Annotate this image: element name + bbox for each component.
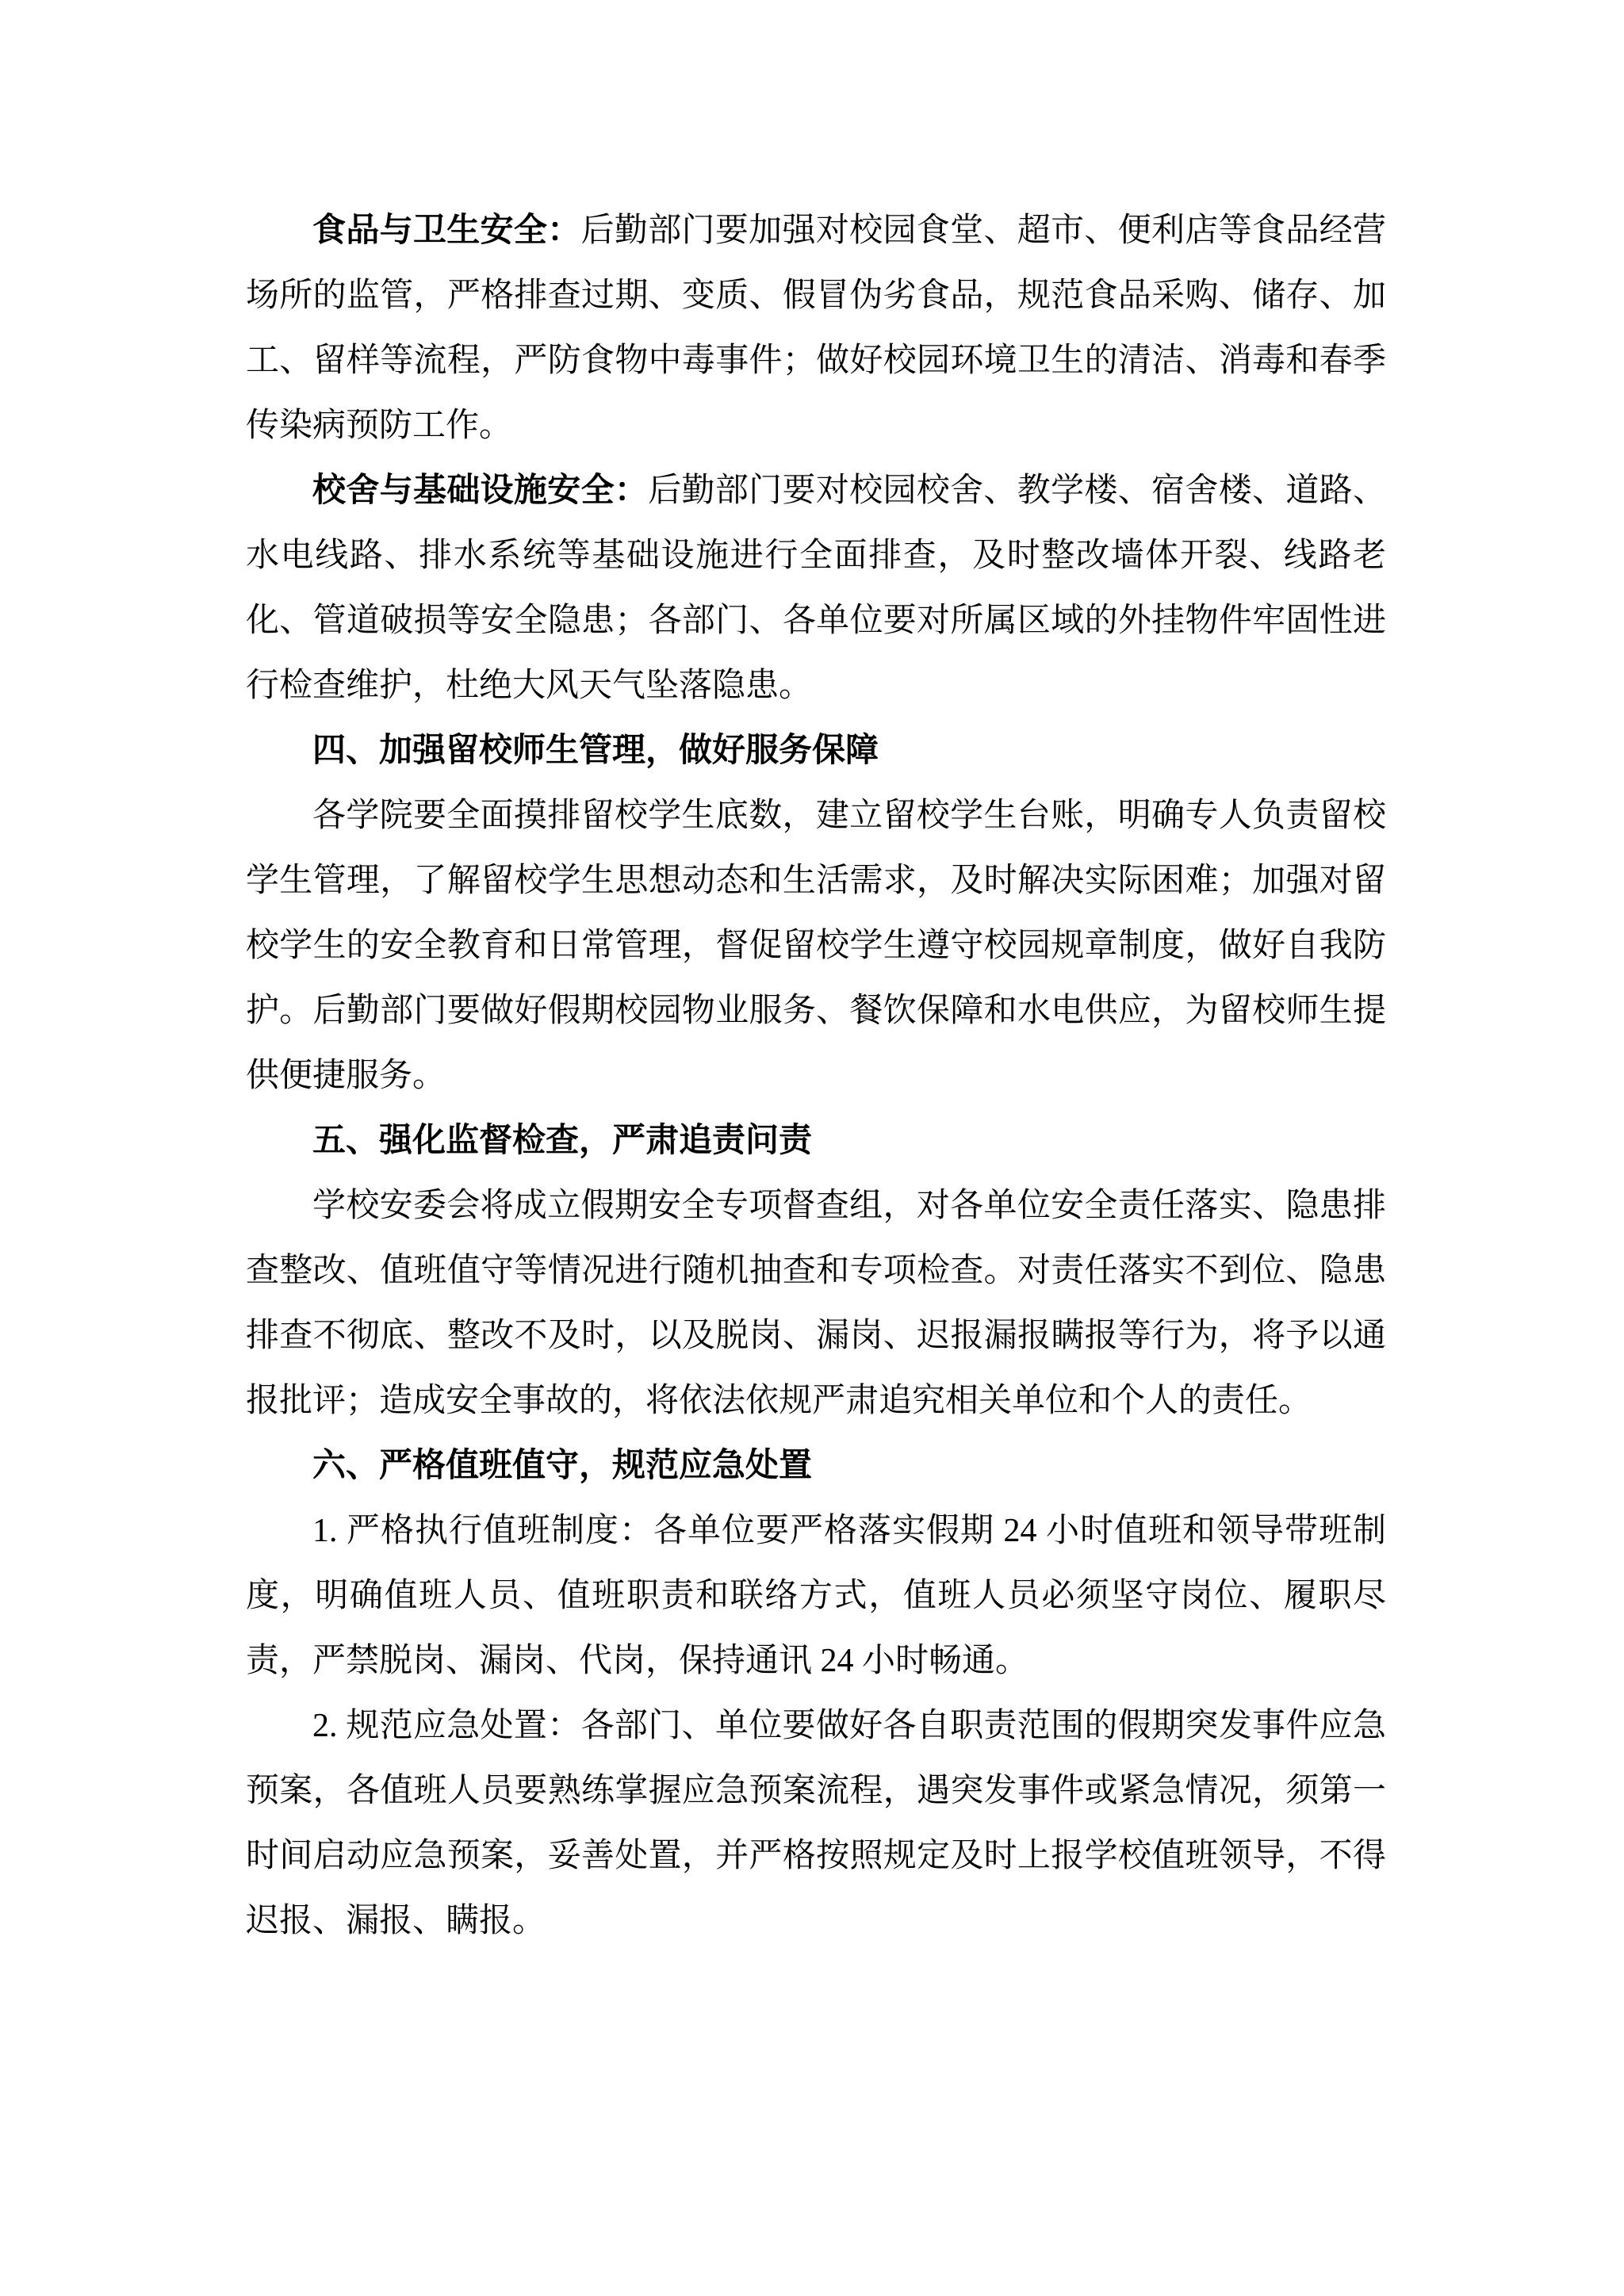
section-heading-6: 六、严格值班值守，规范应急处置 xyxy=(246,1433,1386,1498)
section-heading-5: 五、强化监督检查，严肃追责问责 xyxy=(246,1108,1386,1173)
run-in-heading-food-hygiene: 食品与卫生安全： xyxy=(312,212,581,249)
section-heading-text: 五、强化监督检查，严肃追责问责 xyxy=(312,1123,812,1159)
document-page: 食品与卫生安全：后勤部门要加强对校园食堂、超市、便利店等食品经营场所的监管，严格… xyxy=(0,0,1624,2296)
paragraph-section-4-body: 各学院要全面摸排留校学生底数，建立留校学生台账，明确专人负责留校学生管理，了解留… xyxy=(246,783,1386,1108)
paragraph-text: 1. 严格执行值班制度：各单位要严格落实假期 24 小时值班和领导带班制度，明确… xyxy=(246,1513,1386,1679)
list-item-2-emergency-response: 2. 规范应急处置：各部门、单位要做好各自职责范围的假期突发事件应急预案，各值班… xyxy=(246,1693,1386,1954)
section-heading-text: 六、严格值班值守，规范应急处置 xyxy=(312,1448,812,1484)
list-item-1-duty-system: 1. 严格执行值班制度：各单位要严格落实假期 24 小时值班和领导带班制度，明确… xyxy=(246,1498,1386,1693)
section-heading-4: 四、加强留校师生管理，做好服务保障 xyxy=(246,718,1386,783)
paragraph-text: 2. 规范应急处置：各部门、单位要做好各自职责范围的假期突发事件应急预案，各值班… xyxy=(246,1708,1386,1939)
paragraph-section-5-body: 学校安委会将成立假期安全专项督查组，对各单位安全责任落实、隐患排查整改、值班值守… xyxy=(246,1173,1386,1433)
section-heading-text: 四、加强留校师生管理，做好服务保障 xyxy=(312,733,879,769)
paragraph-building-infrastructure-safety: 校舍与基础设施安全：后勤部门要对校园校舍、教学楼、宿舍楼、道路、水电线路、排水系… xyxy=(246,458,1386,718)
run-in-heading-building-infrastructure: 校舍与基础设施安全： xyxy=(312,473,648,509)
paragraph-text: 学校安委会将成立假期安全专项督查组，对各单位安全责任落实、隐患排查整改、值班值守… xyxy=(246,1188,1386,1419)
paragraph-food-hygiene-safety: 食品与卫生安全：后勤部门要加强对校园食堂、超市、便利店等食品经营场所的监管，严格… xyxy=(246,198,1386,458)
paragraph-text: 各学院要全面摸排留校学生底数，建立留校学生台账，明确专人负责留校学生管理，了解留… xyxy=(246,798,1386,1094)
